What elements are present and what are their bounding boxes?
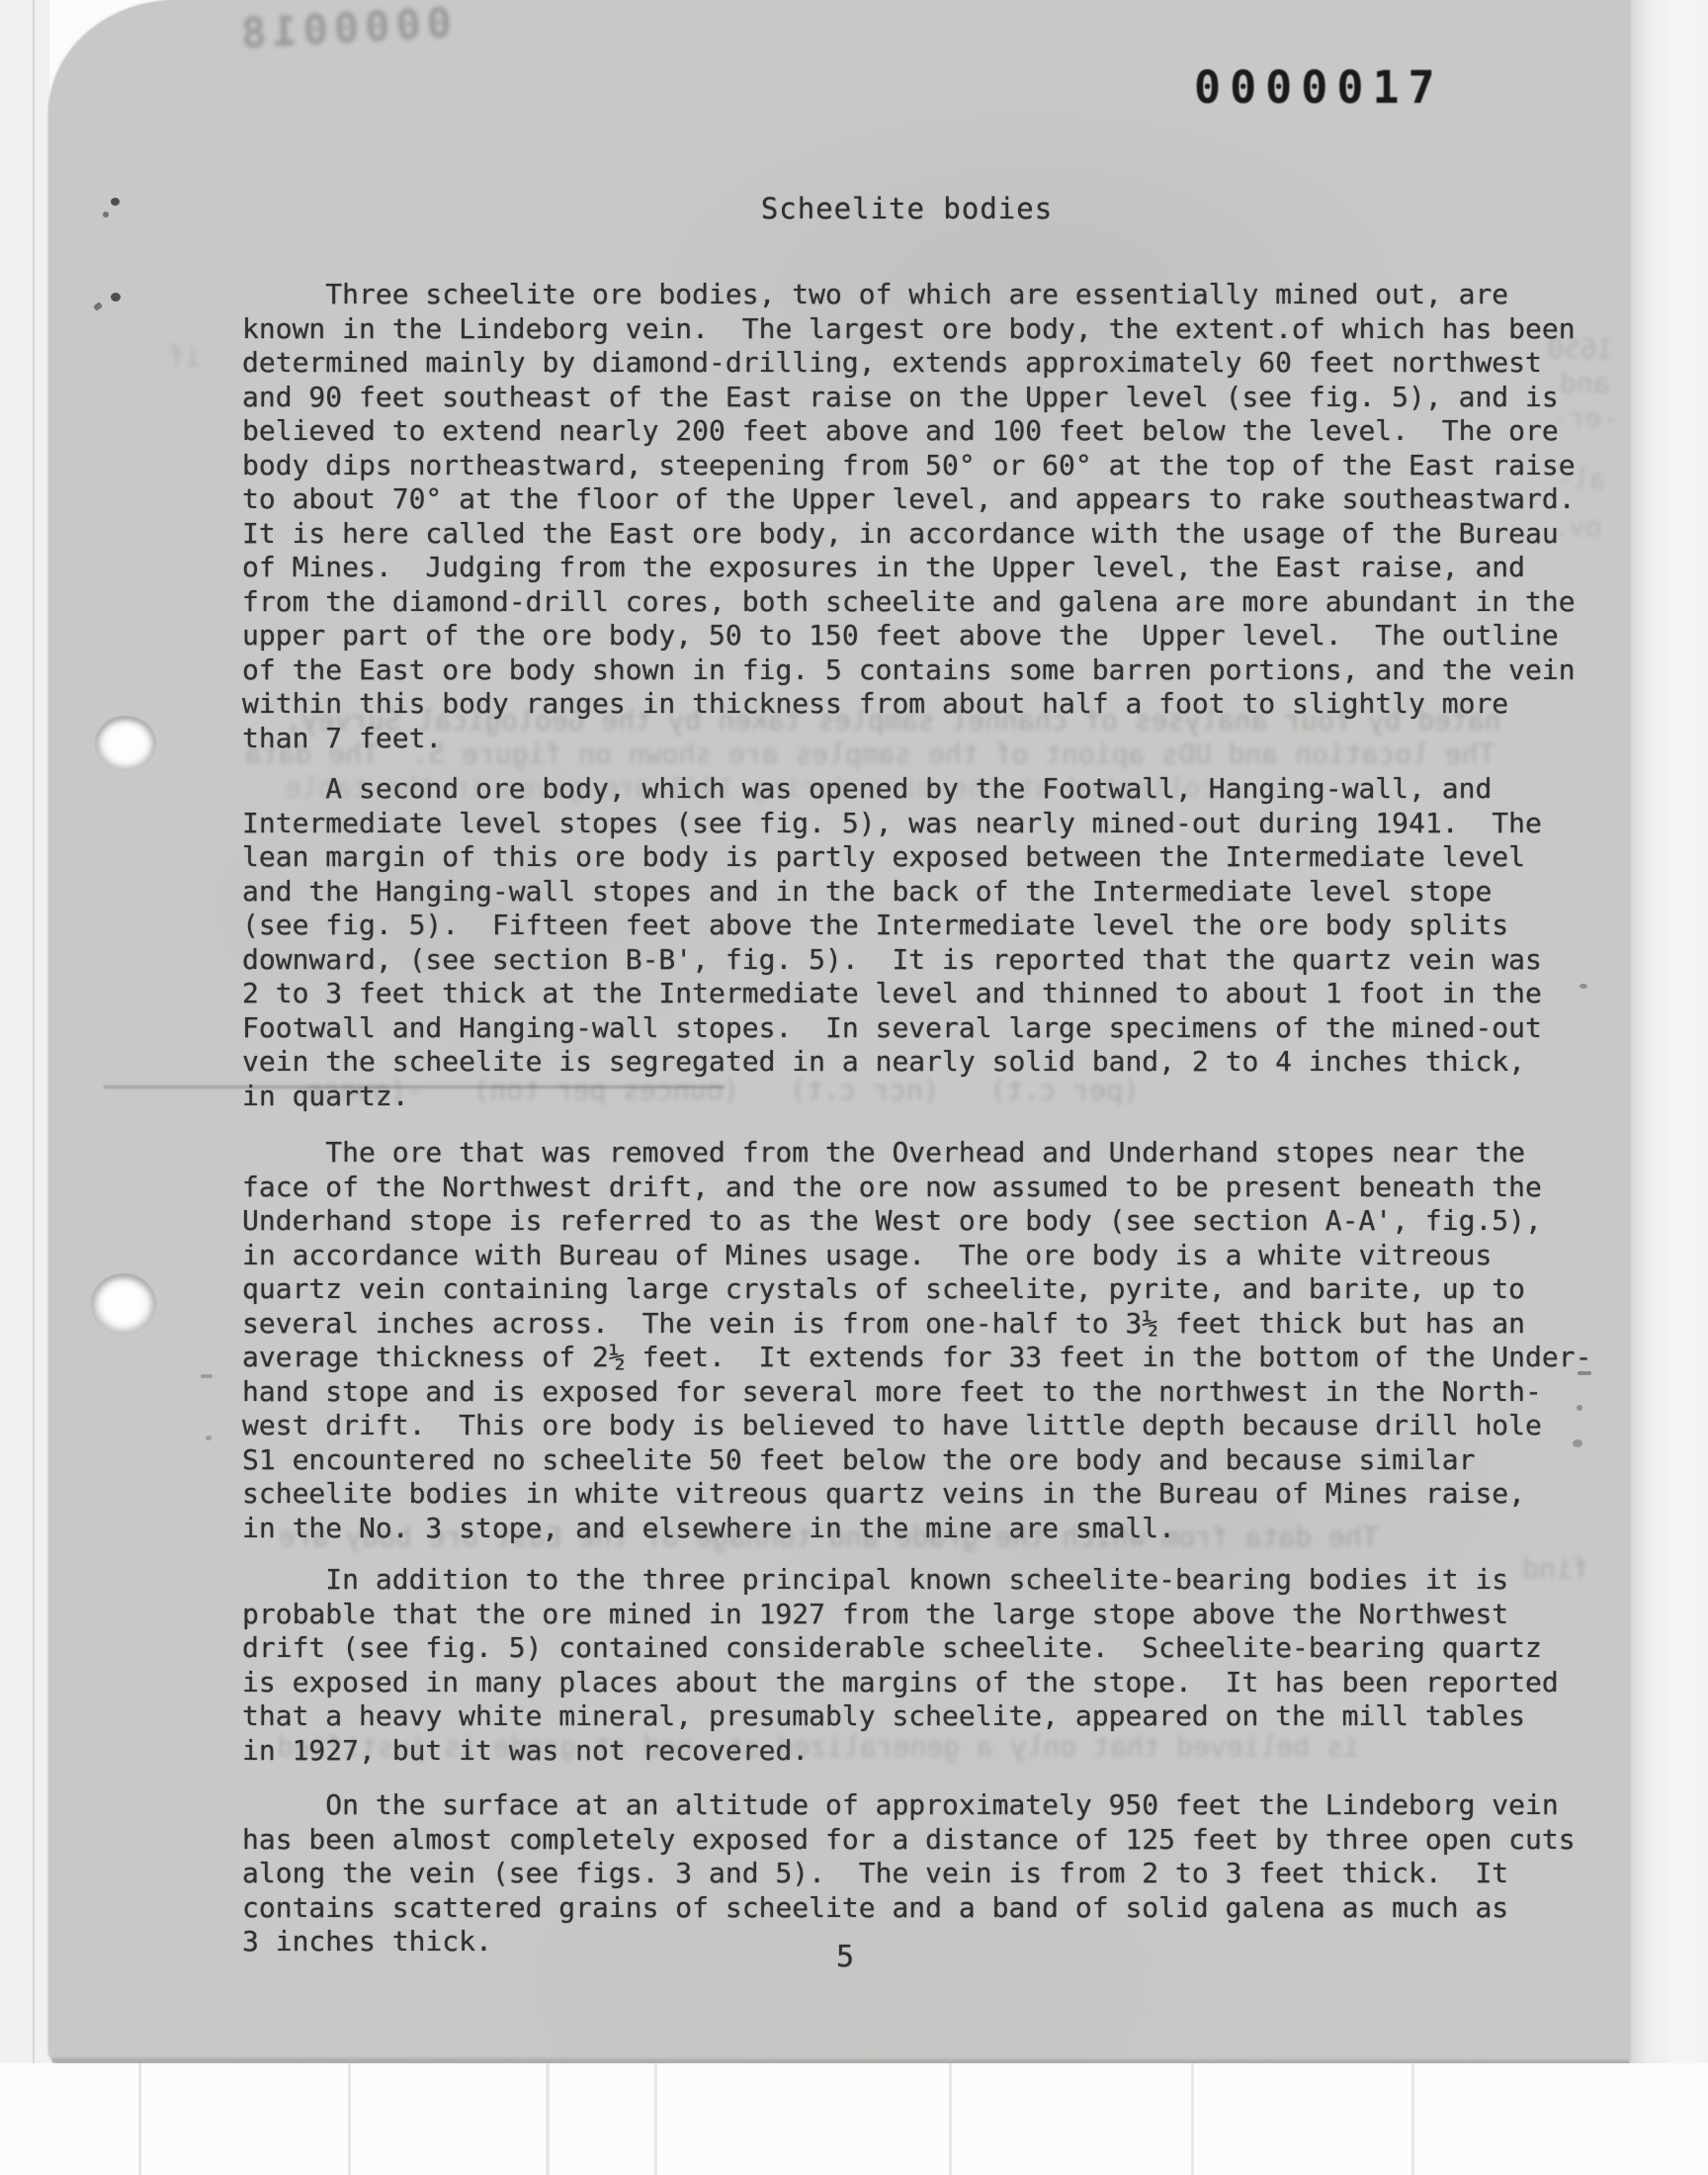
paragraph-5: On the surface at an altitude of approxi… [242,1788,1576,1959]
scan-streak [138,2063,141,2175]
page-number: 5 [242,1940,1448,1974]
ink-mark [111,293,121,302]
ink-mark [1573,1439,1582,1447]
punch-hole-bottom [91,1273,156,1335]
ink-mark [111,198,120,206]
bleedthrough-stamp: 0000018 [234,0,453,58]
paragraph-1: Three scheelite ore bodies, two of which… [242,278,1576,755]
paragraph-2: A second ore body, which was opened by t… [242,772,1542,1113]
punch-hole-top [95,716,156,771]
paragraph-3: The ore that was removed from the Overhe… [242,1136,1591,1545]
scanner-background-left [0,0,49,2063]
page-title: Scheelite bodies [242,192,1572,225]
bleedthrough-fragment: if [168,340,202,373]
ink-mark [103,212,109,217]
ink-mark [201,1374,213,1378]
scanner-edge-line [33,0,35,2063]
scan-streak [546,2063,550,2175]
scanner-background-bottom [0,2063,1708,2175]
scan-streak [1411,2063,1414,2175]
ink-mark [93,302,103,311]
document-page: 0000018 nated by four analyses of channe… [49,0,1631,2063]
pencil-underline [104,1086,725,1088]
ink-mark [1577,1405,1582,1411]
scanner-background-right [1631,0,1708,2063]
scan-streak [949,2063,952,2175]
scan-streak [654,2063,657,2175]
ink-mark [1580,984,1587,989]
scan-streak [1191,2063,1194,2175]
scan-streak [348,2063,351,2175]
ink-mark [1578,1371,1591,1375]
scanned-document-view: 0000018 nated by four analyses of channe… [0,0,1708,2175]
ink-mark [206,1435,212,1440]
serial-number-stamp: 0000017 [1194,61,1444,114]
paragraph-4: In addition to the three principal known… [242,1563,1559,1768]
